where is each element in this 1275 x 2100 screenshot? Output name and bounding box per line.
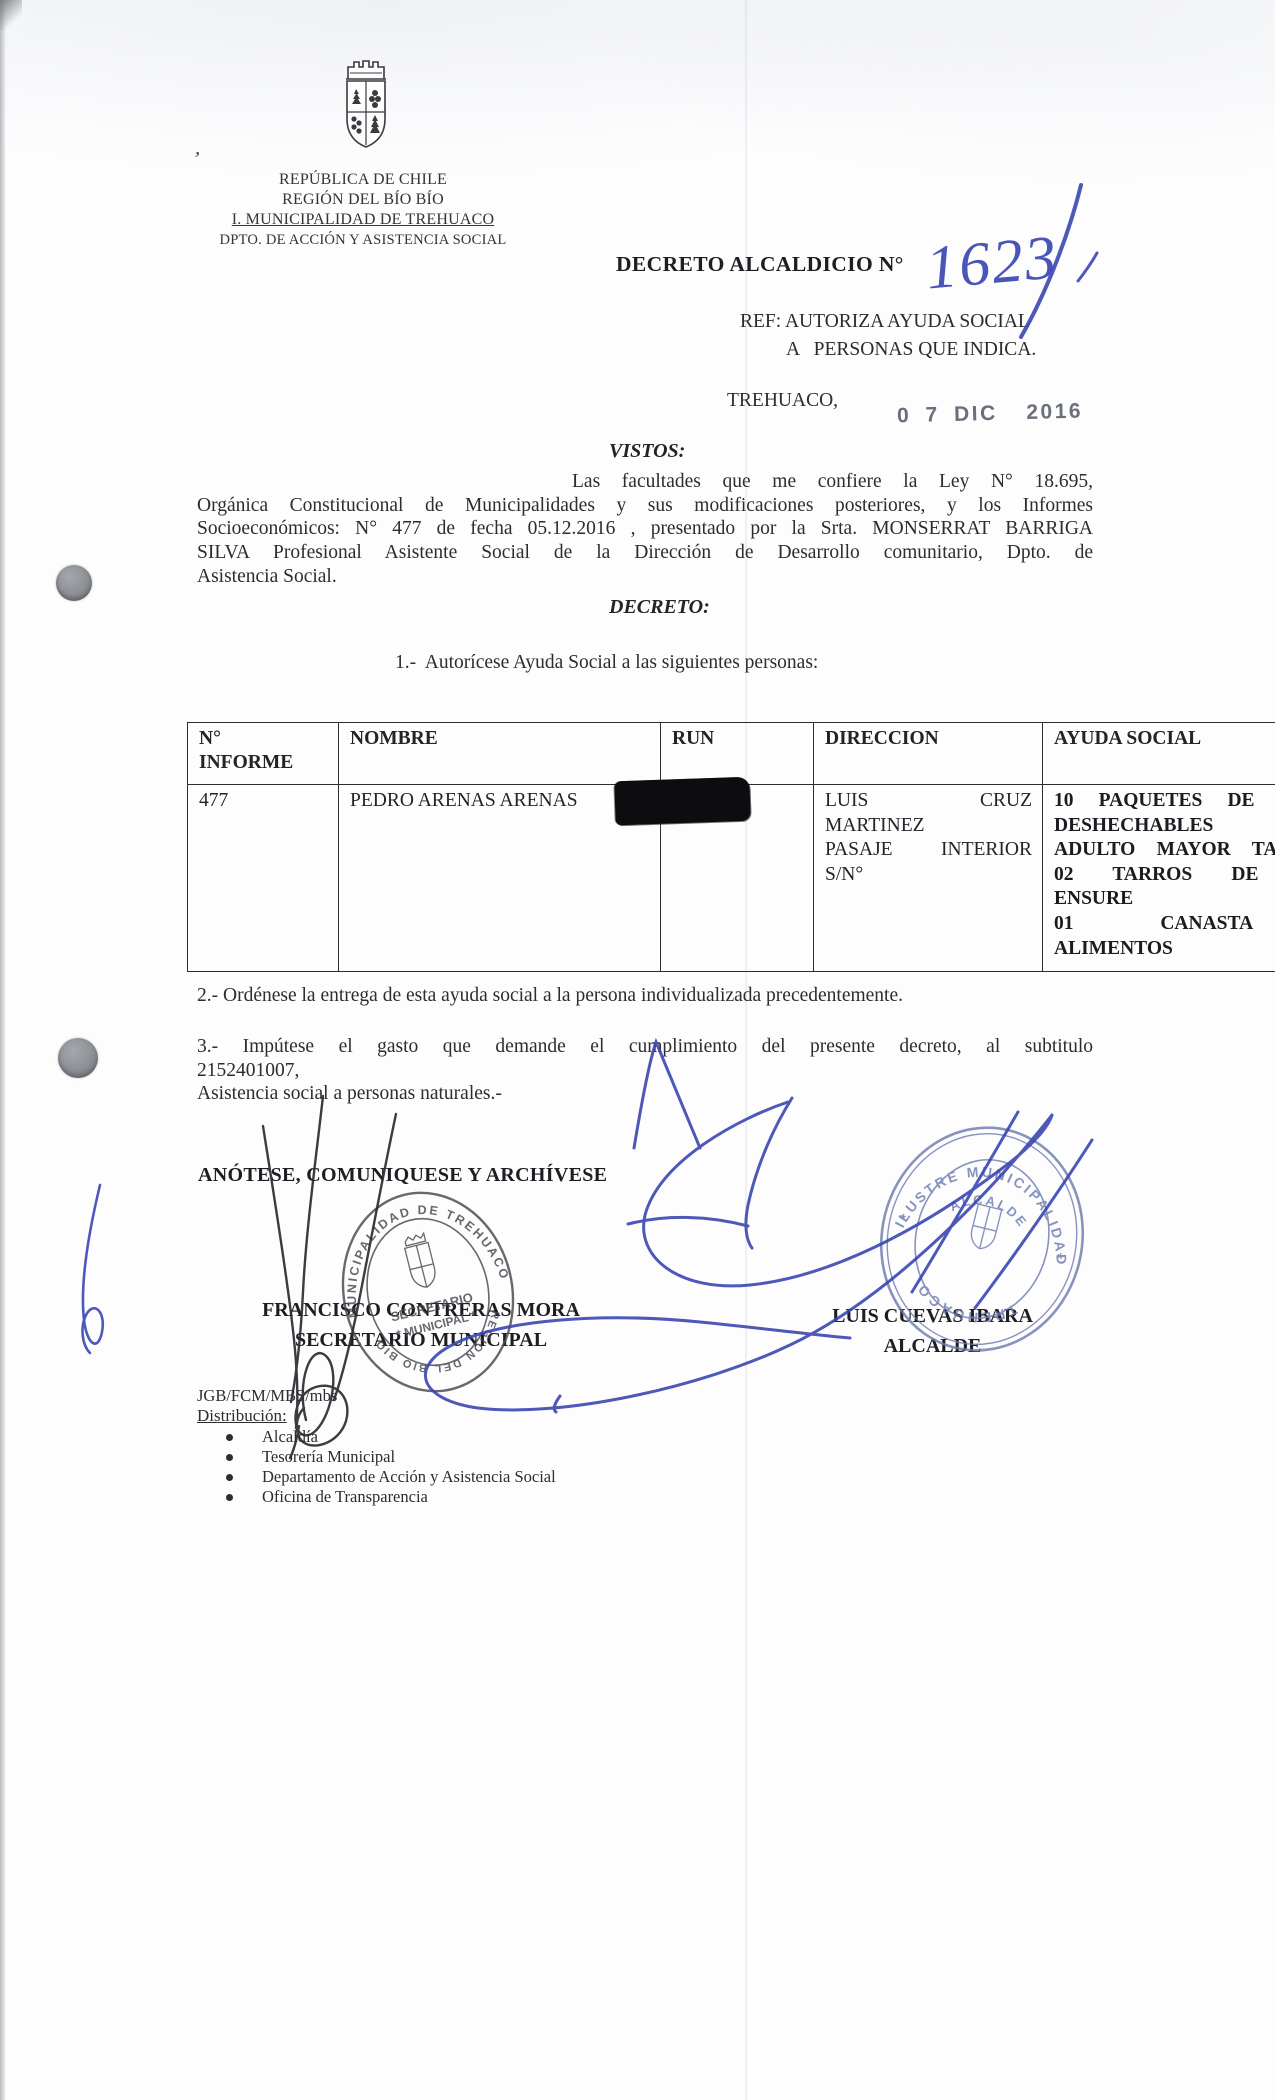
- secretary-round-stamp: MUNICIPALIDAD DE TREHUACO REGION DEL BIO…: [315, 1167, 541, 1416]
- vistos-heading: VISTOS:: [609, 440, 685, 463]
- decree-item-3: 3.- Impútese el gasto que demande el cum…: [197, 1035, 1093, 1106]
- distribution-item: Alcaldía: [262, 1427, 318, 1447]
- ref-line-1: REF: AUTORIZA AYUDA SOCIAL: [740, 311, 1030, 333]
- run-redaction-marker: [614, 777, 750, 826]
- distribution-item: Oficina de Transparencia: [262, 1487, 428, 1507]
- cell-direccion: LUIS CRUZ MARTINEZ PASAJE INTERIOR S/N°: [814, 785, 1043, 972]
- letterhead-department: DPTO. DE ACCIÓN Y ASISTENCIA SOCIAL: [168, 230, 558, 250]
- vistos-line: Las facultades que me confiere la Ley N°…: [572, 470, 1093, 494]
- letterhead-municipality: I. MUNICIPALIDAD DE TREHUACO: [168, 210, 558, 230]
- cell-nombre: PEDRO ARENAS ARENAS: [339, 785, 661, 972]
- vistos-line: Orgánica Constitucional de Municipalidad…: [197, 494, 1093, 518]
- bullet-icon: [226, 1494, 233, 1501]
- bullet-icon: [226, 1454, 233, 1461]
- col-header-direccion: DIRECCION: [814, 723, 1043, 785]
- item3-line: 2152401007,: [197, 1059, 1093, 1083]
- bullet-icon: [226, 1474, 233, 1481]
- decreto-heading: DECRETO:: [609, 596, 710, 619]
- col-header-run: RUN: [661, 723, 814, 785]
- item3-line: Asistencia social a personas naturales.-: [197, 1082, 1093, 1106]
- vistos-line: Socioeconómicos: N° 477 de fecha 05.12.2…: [197, 517, 1093, 541]
- cell-informe: 477: [188, 785, 339, 972]
- pen-tick-mark: ’: [190, 148, 200, 172]
- mayor-stamp-ring-bottom: TREHUACO: [908, 1277, 1023, 1337]
- decree-title: DECRETO ALCALDICIO N°: [616, 252, 904, 277]
- distribution-item: Departamento de Acción y Asistencia Soci…: [262, 1467, 556, 1487]
- punch-hole-top: [56, 565, 92, 601]
- distribution-item: Tesorería Municipal: [262, 1447, 395, 1467]
- letterhead: REPÚBLICA DE CHILE REGIÓN DEL BÍO BÍO I.…: [168, 170, 558, 250]
- col-header-informe: N° INFORME: [188, 723, 339, 785]
- ref-line-2: A PERSONAS QUE INDICA.: [786, 339, 1036, 361]
- vistos-paragraph: Las facultades que me confiere la Ley N°…: [197, 470, 1093, 589]
- responsibility-initials: JGB/FCM/MBS/mbs: [197, 1386, 337, 1406]
- vistos-line: SILVA Profesional Asistente Social de la…: [197, 541, 1093, 565]
- letterhead-region: REGIÓN DEL BÍO BÍO: [168, 190, 558, 210]
- beneficiary-table: N° INFORME NOMBRE RUN DIRECCION AYUDA SO…: [187, 722, 1275, 972]
- handwritten-decree-number: 1623: [923, 222, 1061, 304]
- col-header-ayuda: AYUDA SOCIAL: [1043, 723, 1275, 785]
- municipal-coat-of-arms: [334, 57, 398, 157]
- scan-left-edge: [0, 0, 6, 2100]
- date-stamp: 0 7 DIC 2016: [897, 400, 1084, 429]
- table-header-row: N° INFORME NOMBRE RUN DIRECCION AYUDA SO…: [188, 723, 1275, 785]
- distribution-label: Distribución:: [197, 1406, 287, 1426]
- svg-text:TREHUACO: TREHUACO: [908, 1277, 1023, 1337]
- decree-item-1: 1.- Autorícese Ayuda Social a las siguie…: [395, 652, 818, 674]
- cell-ayuda-social: 10 PAQUETES DE PAÑALI DESHECHABLES PAR A…: [1043, 785, 1275, 972]
- closing-order: ANÓTESE, COMUNIQUESE Y ARCHÍVESE: [198, 1164, 607, 1187]
- vistos-line: Asistencia Social.: [197, 565, 1093, 589]
- scanned-decree-page: ’ REPÚBLICA DE CHILE REGIÓN DEL BÍO BÍO …: [0, 0, 1275, 2100]
- col-header-nombre: NOMBRE: [339, 723, 661, 785]
- decree-item-2: 2.- Ordénese la entrega de esta ayuda so…: [197, 985, 1107, 1007]
- letterhead-country: REPÚBLICA DE CHILE: [168, 170, 558, 190]
- punch-hole-bottom: [58, 1038, 98, 1078]
- margin-pen-mark: [83, 1185, 103, 1353]
- place-line: TREHUACO,: [727, 390, 838, 412]
- item3-line: 3.- Impútese el gasto que demande el cum…: [197, 1035, 1093, 1059]
- bullet-icon: [226, 1434, 233, 1441]
- scan-corner-shade: [0, 0, 22, 30]
